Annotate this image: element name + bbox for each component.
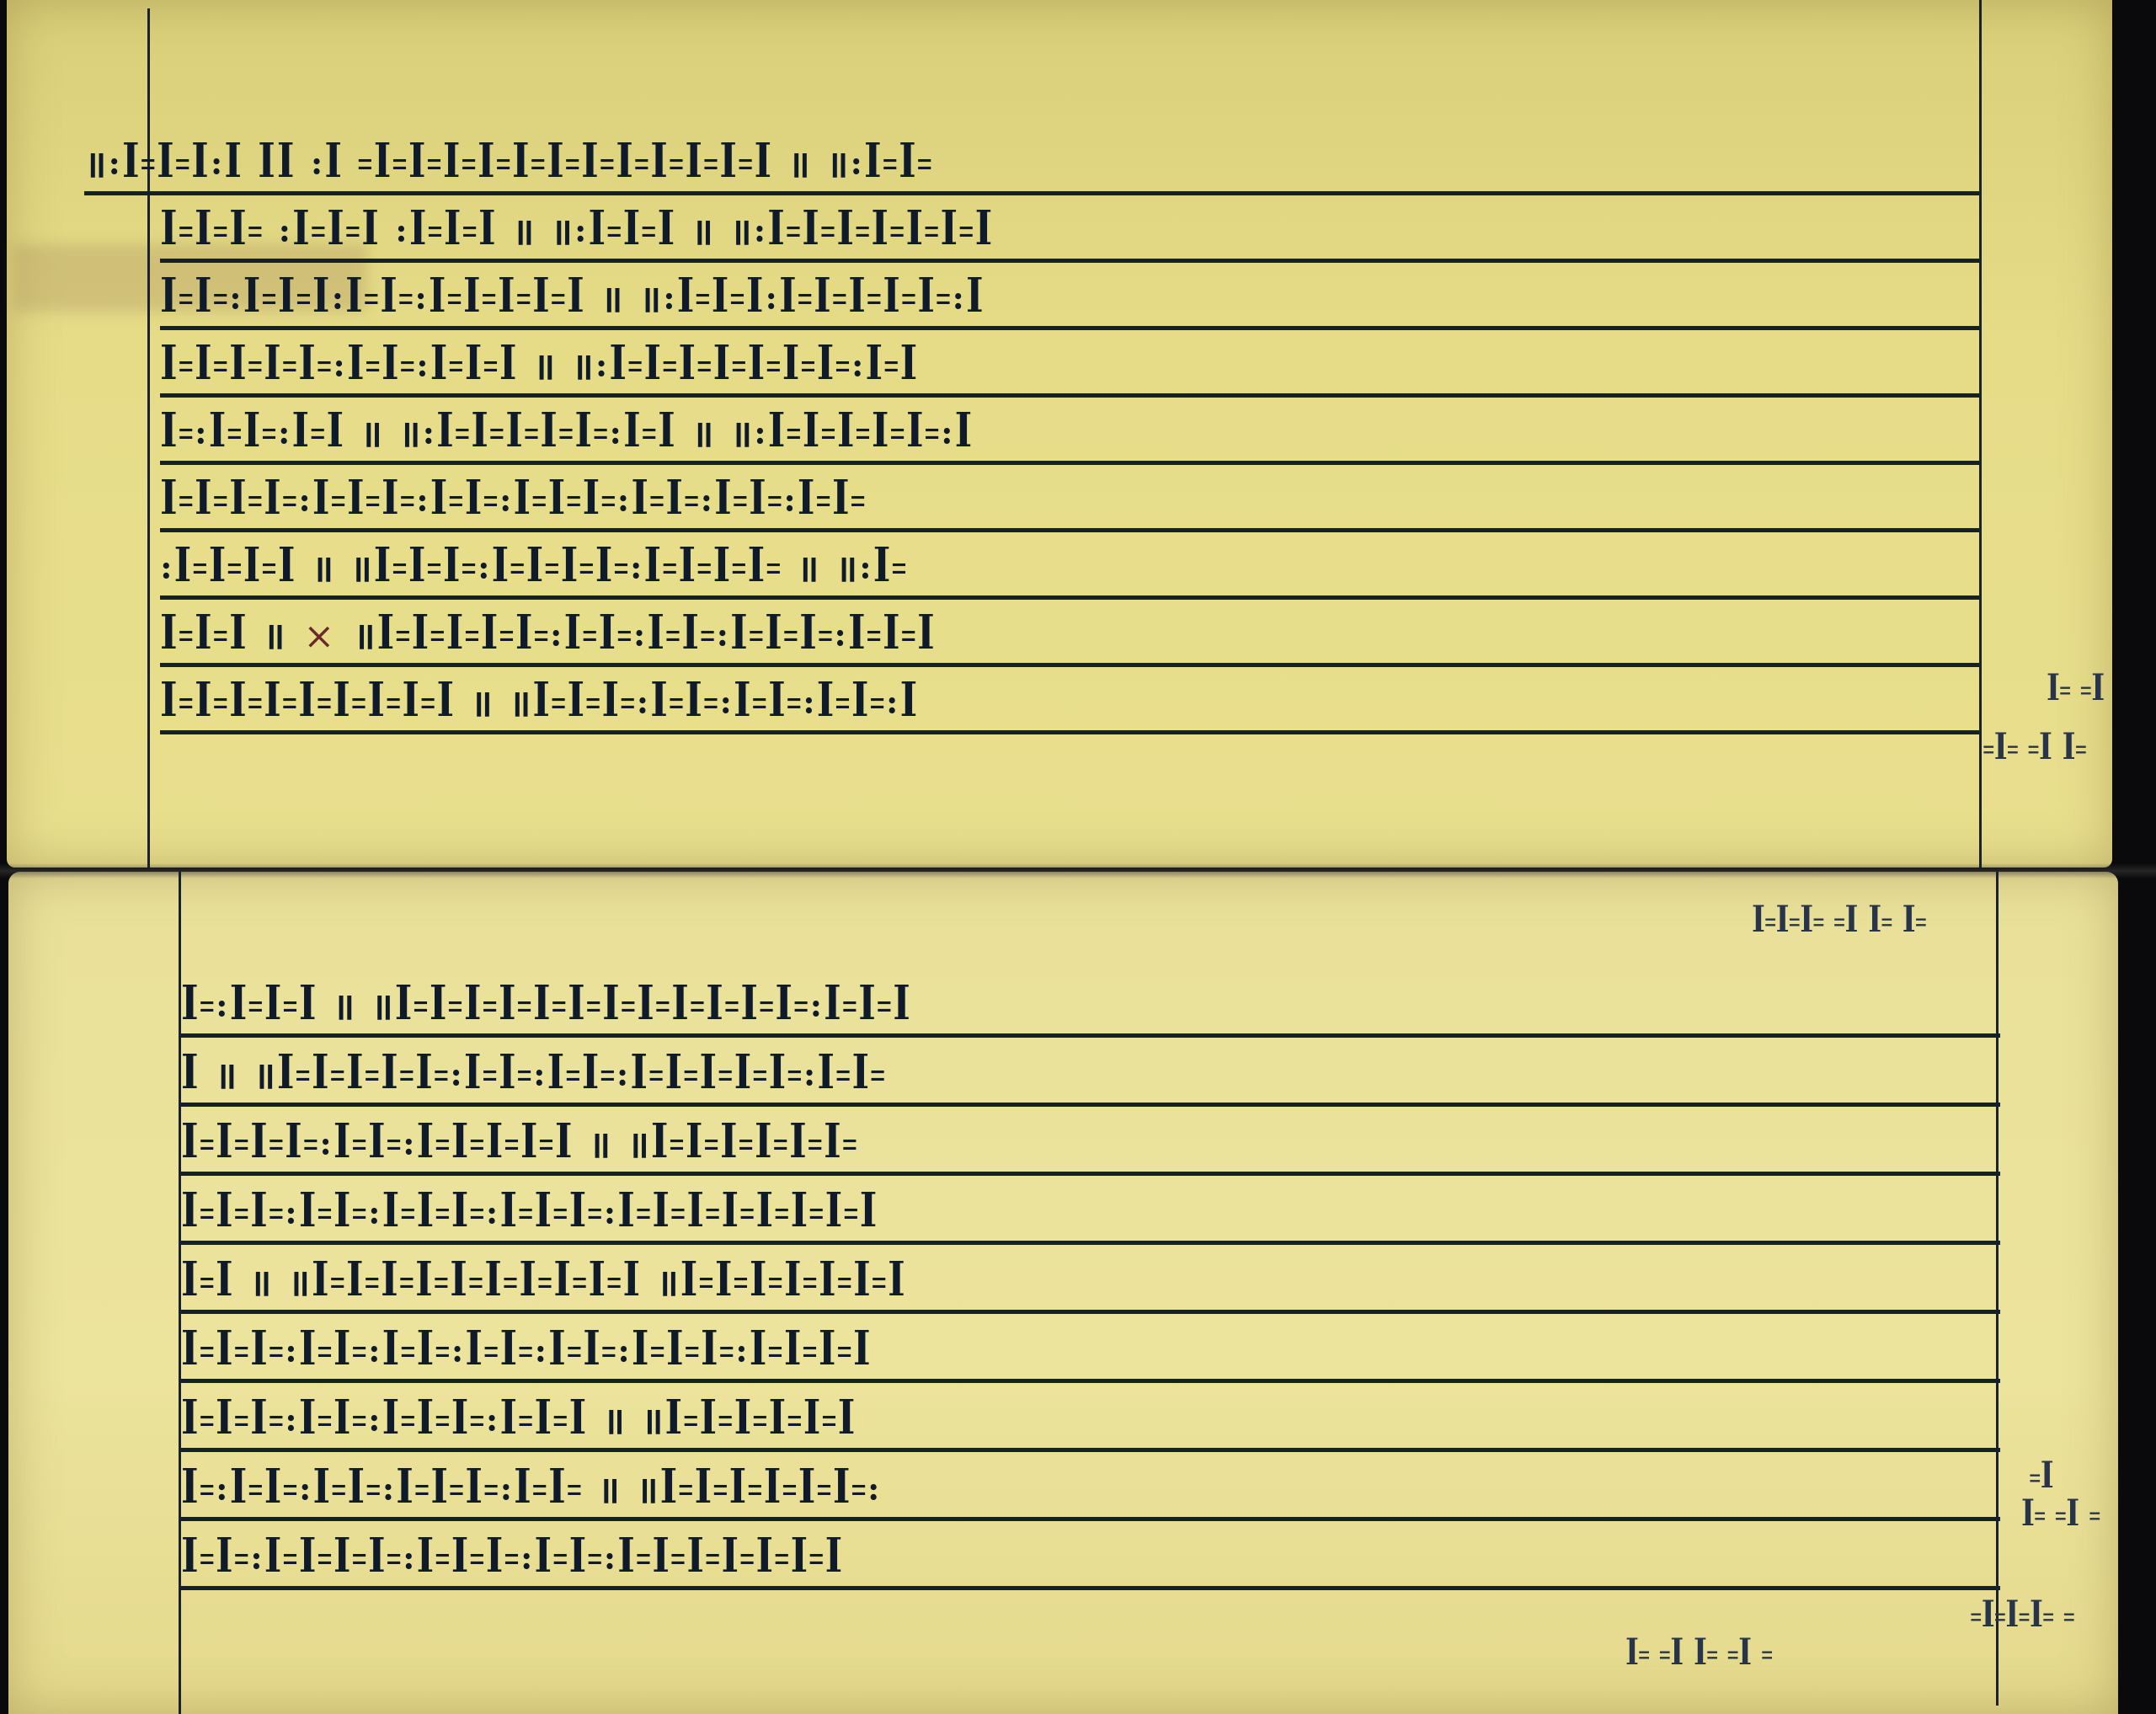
text-line: ꟾ꞊ꟾ꞊ꟾ꞊ꟾ꞊꞉ꟾ꞊ꟾ꞊꞉ꟾ꞊ꟾ꞊ꟾ꞊ꟾ꞊ꟾ ॥ ॥ꟾ꞊ꟾ꞊ꟾ꞊ꟾ꞊ꟾ꞊ꟾ꞊ [181,1119,2000,1176]
text-line: ꟾ꞊ꟾ꞊꞉ꟾ꞊ꟾ꞊ꟾ꞉ꟾ꞊ꟾ꞊꞉ꟾ꞊ꟾ꞊ꟾ꞊ꟾ꞊ꟾ ॥ ॥꞉ꟾ꞊ꟾ꞊ꟾ꞉ꟾ꞊ꟾ꞊… [160,274,1979,330]
text-line: ꟾ꞊ꟾ꞊ꟾ꞊ ꞉ꟾ꞊ꟾ꞊ꟾ ꞉ꟾ꞊ꟾ꞊ꟾ ॥ ॥꞉ꟾ꞊ꟾ꞊ꟾ ॥ ॥꞉ꟾ꞊ꟾ꞊ꟾ… [160,206,1979,263]
text-line: ꟾ꞊ꟾ ॥ ॥ꟾ꞊ꟾ꞊ꟾ꞊ꟾ꞊ꟾ꞊ꟾ꞊ꟾ꞊ꟾ꞊ꟾ꞊ꟾ ॥ꟾ꞊ꟾ꞊ꟾ꞊ꟾ꞊ꟾ꞊ꟾ꞊… [181,1257,2000,1314]
text-line: ꟾ꞊ꟾ꞊ꟾ꞊꞉ꟾ꞊ꟾ꞊꞉ꟾ꞊ꟾ꞊ꟾ꞊꞉ꟾ꞊ꟾ꞊ꟾ꞊꞉ꟾ꞊ꟾ꞊ꟾ꞊ꟾ꞊ꟾ꞊ꟾ꞊ꟾ꞊… [181,1188,2000,1245]
text-line: ꟾ ॥ ॥ꟾ꞊ꟾ꞊ꟾ꞊ꟾ꞊ꟾ꞊꞉ꟾ꞊ꟾ꞊꞉ꟾ꞊ꟾ꞊꞉ꟾ꞊ꟾ꞊ꟾ꞊ꟾ꞊ꟾ꞊꞉ꟾ꞊ꟾ… [181,1050,2000,1107]
lower-margin-note-line-1: ꞊ꟾ [2030,1461,2054,1495]
text-line: ꟾ꞊ꟾ꞊ꟾ꞊꞉ꟾ꞊ꟾ꞊꞉ꟾ꞊ꟾ꞊ꟾ꞊꞉ꟾ꞊ꟾ꞊ꟾ ॥ ॥ꟾ꞊ꟾ꞊ꟾ꞊ꟾ꞊ꟾ꞊ꟾ [181,1396,2000,1452]
line-text-end: ॥ꟾ꞊ꟾ꞊ꟾ꞊ꟾ꞊ꟾ꞊꞉ꟾ꞊ꟾ꞊꞉ꟾ꞊ꟾ꞊꞉ꟾ꞊ꟾ꞊ꟾ꞊꞉ꟾ꞊ꟾ꞊ꟾ [353,615,936,658]
text-line: ꟾ꞊꞉ꟾ꞊ꟾ꞊꞉ꟾ꞊ꟾ ॥ ॥꞉ꟾ꞊ꟾ꞊ꟾ꞊ꟾ꞊ꟾ꞊꞉ꟾ꞊ꟾ ॥ ॥꞉ꟾ꞊ꟾ꞊ꟾ… [160,408,1979,465]
right-margin-rule-upper [1979,0,1982,868]
text-line: ꟾ꞊ꟾ꞊ꟾ꞊ꟾ꞊ꟾ꞊ꟾ꞊ꟾ꞊ꟾ꞊ꟾ ॥ ॥ꟾ꞊ꟾ꞊ꟾ꞊꞉ꟾ꞊ꟾ꞊꞉ꟾ꞊ꟾ꞊꞉ꟾ꞊… [160,678,1979,734]
upper-text-block: ॥꞉ꟾ꞊ꟾ꞊ꟾ꞉ꟾ ꟾꟾ ꞉ꟾ ꞊ꟾ꞊ꟾ꞊ꟾ꞊ꟾ꞊ꟾ꞊ꟾ꞊ꟾ꞊ꟾ꞊ꟾ꞊ꟾ꞊ꟾ꞊ꟾ… [84,139,1979,729]
footer-note-center: ꟾ꞊ ꞊ꟾ ꟾ꞊ ꞊ꟾ ꞊ [1625,1638,1773,1672]
text-line: ꟾ꞊ꟾ꞊ꟾ꞊꞉ꟾ꞊ꟾ꞊꞉ꟾ꞊ꟾ꞊꞉ꟾ꞊ꟾ꞊꞉ꟾ꞊ꟾ꞊꞉ꟾ꞊ꟾ꞊ꟾ꞊꞉ꟾ꞊ꟾ꞊ꟾ꞊… [181,1327,2000,1383]
footer-note-right: ꞊ꟾ꞊ꟾ꞊ꟾ꞊ ꞊ [1971,1600,2074,1634]
text-line: ꟾ꞊꞉ꟾ꞊ꟾ꞊ꟾ ॥ ॥ꟾ꞊ꟾ꞊ꟾ꞊ꟾ꞊ꟾ꞊ꟾ꞊ꟾ꞊ꟾ꞊ꟾ꞊ꟾ꞊ꟾ꞊ꟾ꞊꞉ꟾ꞊ꟾ… [181,981,2000,1038]
line-text-start: ꟾ꞊ꟾ꞊ꟾ ॥ [160,615,286,658]
text-line: ॥꞉ꟾ꞊ꟾ꞊ꟾ꞉ꟾ ꟾꟾ ꞉ꟾ ꞊ꟾ꞊ꟾ꞊ꟾ꞊ꟾ꞊ꟾ꞊ꟾ꞊ꟾ꞊ꟾ꞊ꟾ꞊ꟾ꞊ꟾ꞊ꟾ… [84,139,1979,195]
lower-margin-note-line-2: ꟾ꞊ ꞊ꟾ ꞊ [2021,1499,2100,1533]
text-line: ꟾ꞊꞉ꟾ꞊ꟾ꞊꞉ꟾ꞊ꟾ꞊꞉ꟾ꞊ꟾ꞊ꟾ꞊꞉ꟾ꞊ꟾ꞊ ॥ ॥ꟾ꞊ꟾ꞊ꟾ꞊ꟾ꞊ꟾ꞊ꟾ꞊… [181,1465,2000,1521]
text-line: ꟾ꞊ꟾ꞊ꟾ ॥×॥ꟾ꞊ꟾ꞊ꟾ꞊ꟾ꞊ꟾ꞊꞉ꟾ꞊ꟾ꞊꞉ꟾ꞊ꟾ꞊꞉ꟾ꞊ꟾ꞊ꟾ꞊꞉ꟾ꞊ꟾ… [160,611,1979,667]
upper-margin-note-line-2: ꞊ꟾ꞊ ꞊ꟾ ꟾ꞊ [1983,733,2086,766]
text-line: ꟾ꞊ꟾ꞊꞉ꟾ꞊ꟾ꞊ꟾ꞊ꟾ꞊꞉ꟾ꞊ꟾ꞊ꟾ꞊꞉ꟾ꞊ꟾ꞊꞉ꟾ꞊ꟾ꞊ꟾ꞊ꟾ꞊ꟾ꞊ꟾ꞊ꟾ [181,1534,2000,1590]
lower-text-block: ꟾ꞊꞉ꟾ꞊ꟾ꞊ꟾ ॥ ॥ꟾ꞊ꟾ꞊ꟾ꞊ꟾ꞊ꟾ꞊ꟾ꞊ꟾ꞊ꟾ꞊ꟾ꞊ꟾ꞊ꟾ꞊ꟾ꞊꞉ꟾ꞊ꟾ… [181,981,2000,1605]
upper-margin-note-line-1: ꟾ꞊ ꞊ꟾ [2047,674,2105,707]
cross-mark: × [303,615,336,658]
text-line: ꞉ꟾ꞊ꟾ꞊ꟾ꞊ꟾ ॥ ॥ꟾ꞊ꟾ꞊ꟾ꞊꞉ꟾ꞊ꟾ꞊ꟾ꞊ꟾ꞊꞉ꟾ꞊ꟾ꞊ꟾ꞊ꟾ꞊ ॥ ॥… [160,543,1979,600]
text-line: ꟾ꞊ꟾ꞊ꟾ꞊ꟾ꞊ꟾ꞊꞉ꟾ꞊ꟾ꞊꞉ꟾ꞊ꟾ꞊ꟾ ॥ ॥꞉ꟾ꞊ꟾ꞊ꟾ꞊ꟾ꞊ꟾ꞊ꟾ꞊ꟾ꞊… [160,341,1979,398]
text-line: ꟾ꞊ꟾ꞊ꟾ꞊ꟾ꞊꞉ꟾ꞊ꟾ꞊ꟾ꞊꞉ꟾ꞊ꟾ꞊꞉ꟾ꞊ꟾ꞊ꟾ꞊꞉ꟾ꞊ꟾ꞊꞉ꟾ꞊ꟾ꞊꞉ꟾ꞊… [160,476,1979,532]
lower-heading-note: ꟾ꞊ꟾ꞊ꟾ꞊ ꞊ꟾ ꟾ꞊ ꟾ꞊ [1752,905,1926,939]
folio-fold-line [0,863,2156,878]
